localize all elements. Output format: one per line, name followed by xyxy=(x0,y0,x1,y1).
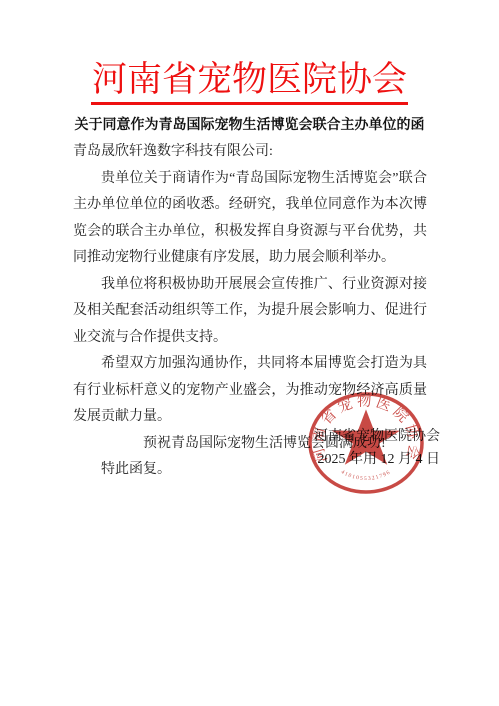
paragraph-1: 贵单位关于商请作为“青岛国际宠物生活博览会”联合主办单位单位的函收悉。经研究，我… xyxy=(73,166,427,272)
salutation-line: 青岛晟欣轩逸数字科技有限公司: xyxy=(73,139,427,166)
letter-page: 河南省宠物医院协会 关于同意作为青岛国际宠物生活博览会联合主办单位的函 青岛晟欣… xyxy=(0,0,499,706)
subject-line: 关于同意作为青岛国际宠物生活博览会联合主办单位的函 xyxy=(0,114,499,134)
signature-date: 2025 年用 12 月 4 日 xyxy=(314,449,440,472)
paragraph-2: 我单位将积极协助开展展会宣传推广、行业资源对接及相关配套活动组织等工作，为提升展… xyxy=(73,272,427,352)
letterhead-title-text: 河南省宠物医院协会 xyxy=(91,60,408,105)
signature-block: 河南省宠物医院协会 2025 年用 12 月 4 日 xyxy=(314,426,440,471)
paragraph-3: 希望双方加强沟通协作，共同将本届博览会打造为具有行业标杆意义的宠物产业盛会，为推… xyxy=(73,351,427,431)
letterhead-title: 河南省宠物医院协会 xyxy=(0,60,499,105)
signature-org-name: 河南省宠物医院协会 xyxy=(314,426,440,449)
